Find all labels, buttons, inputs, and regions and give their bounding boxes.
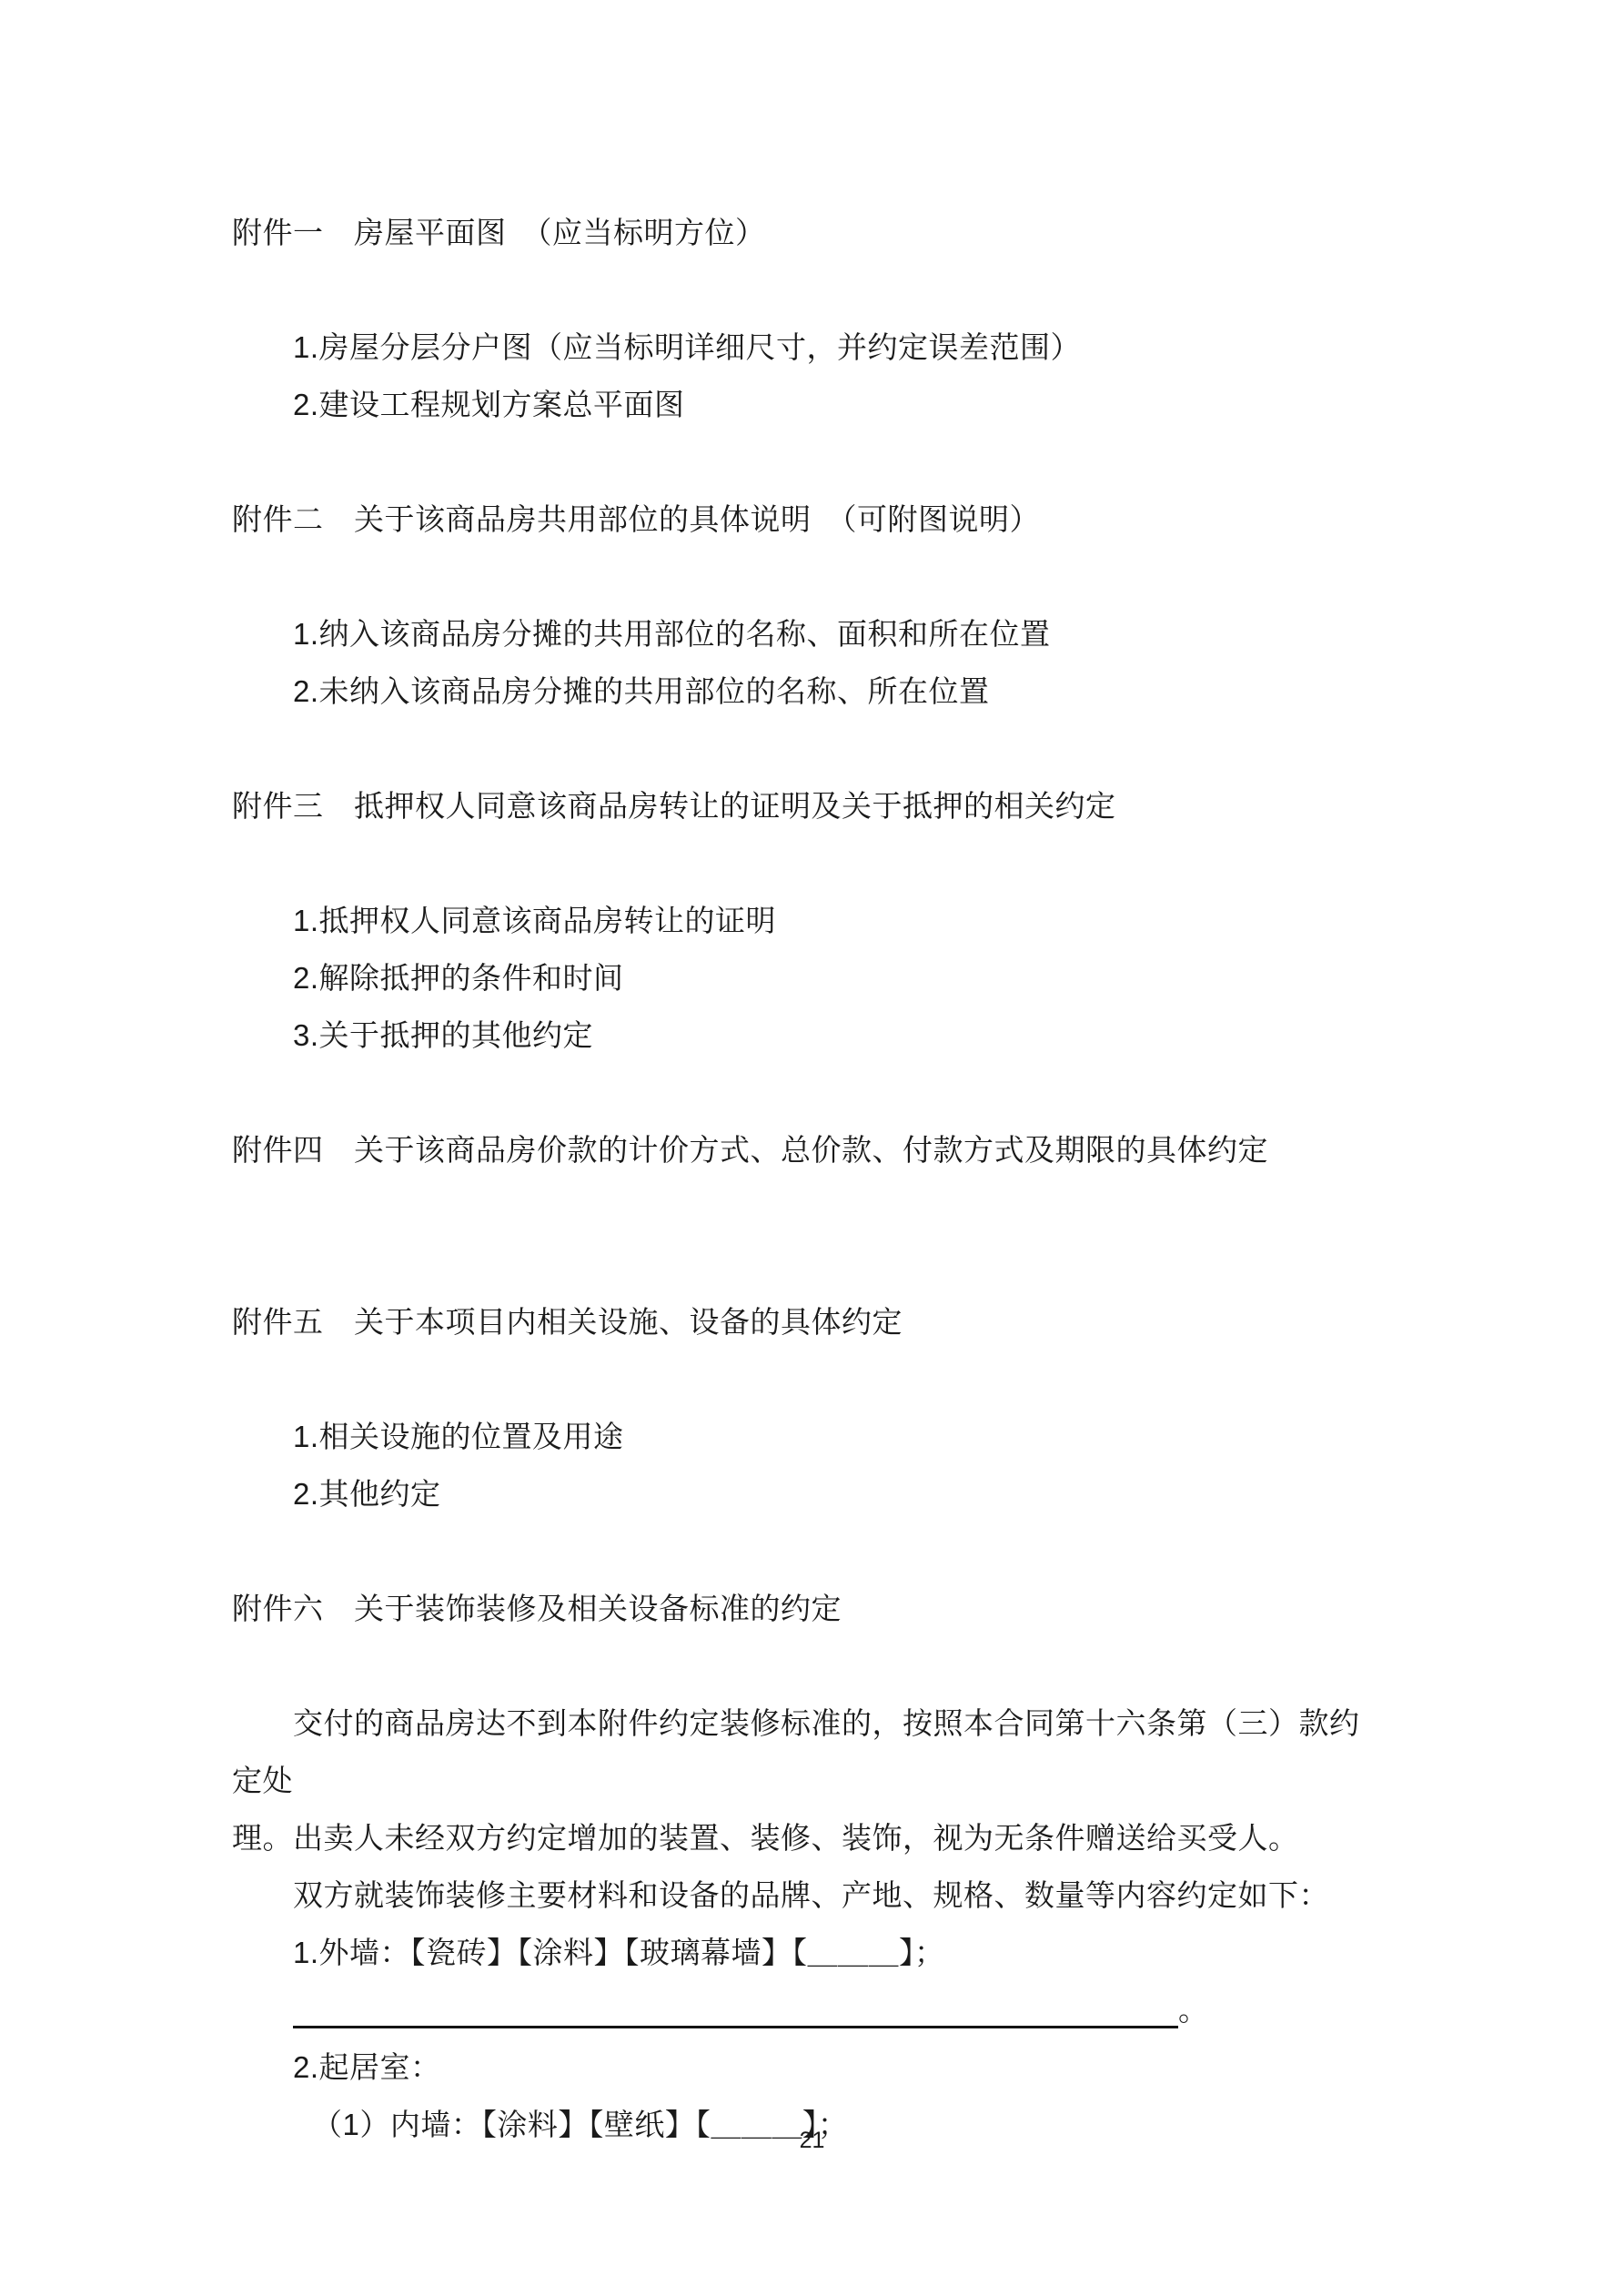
living-room-item: 2.起居室： [232,2038,1365,2096]
attachment-1-heading: 附件一 房屋平面图 （应当标明方位） [232,204,1365,261]
paragraph-line: 理。出卖人未经双方约定增加的装置、装修、装饰，视为无条件赠送给买受人。 [232,1809,1365,1866]
attachment-3-item: 1.抵押权人同意该商品房转让的证明 [232,892,1365,949]
exterior-wall-item: 1.外墙：【瓷砖】【涂料】【玻璃幕墙】【＿＿＿】； [232,1924,1365,1981]
blank-underline-rule [293,1989,1178,2028]
attachment-1-item: 1.房屋分层分户图（应当标明详细尺寸，并约定误差范围） [232,319,1365,376]
attachment-3-heading: 附件三 抵押权人同意该商品房转让的证明及关于抵押的相关约定 [232,777,1365,834]
attachment-1-item: 2.建设工程规划方案总平面图 [232,376,1365,433]
paragraph-line: 双方就装饰装修主要材料和设备的品牌、产地、规格、数量等内容约定如下： [232,1866,1365,1924]
attachment-2-item: 2.未纳入该商品房分摊的共用部位的名称、所在位置 [232,663,1365,720]
attachment-3-item: 3.关于抵押的其他约定 [232,1006,1365,1064]
paragraph-line: 交付的商品房达不到本附件约定装修标准的，按照本合同第十六条第（三）款约定处 [232,1694,1365,1809]
contract-attachments-page: 附件一 房屋平面图 （应当标明方位） 1.房屋分层分户图（应当标明详细尺寸，并约… [0,0,1624,2296]
attachment-3-item: 2.解除抵押的条件和时间 [232,949,1365,1006]
attachment-6-heading: 附件六 关于装饰装修及相关设备标准的约定 [232,1580,1365,1637]
attachment-5-item: 1.相关设施的位置及用途 [232,1408,1365,1465]
fill-in-line-period: 。 [1178,1993,1209,2027]
document-body: 附件一 房屋平面图 （应当标明方位） 1.房屋分层分户图（应当标明详细尺寸，并约… [232,204,1365,2153]
attachment-4-heading: 附件四 关于该商品房价款的计价方式、总价款、付款方式及期限的具体约定 [232,1121,1365,1178]
attachment-5-heading: 附件五 关于本项目内相关设施、设备的具体约定 [232,1293,1365,1350]
fill-in-line: 。 [232,1981,1365,2038]
attachment-2-heading: 附件二 关于该商品房共用部位的具体说明 （可附图说明） [232,491,1365,548]
attachment-2-item: 1.纳入该商品房分摊的共用部位的名称、面积和所在位置 [232,605,1365,663]
page-number: 21 [0,2122,1624,2159]
attachment-5-item: 2.其他约定 [232,1465,1365,1522]
